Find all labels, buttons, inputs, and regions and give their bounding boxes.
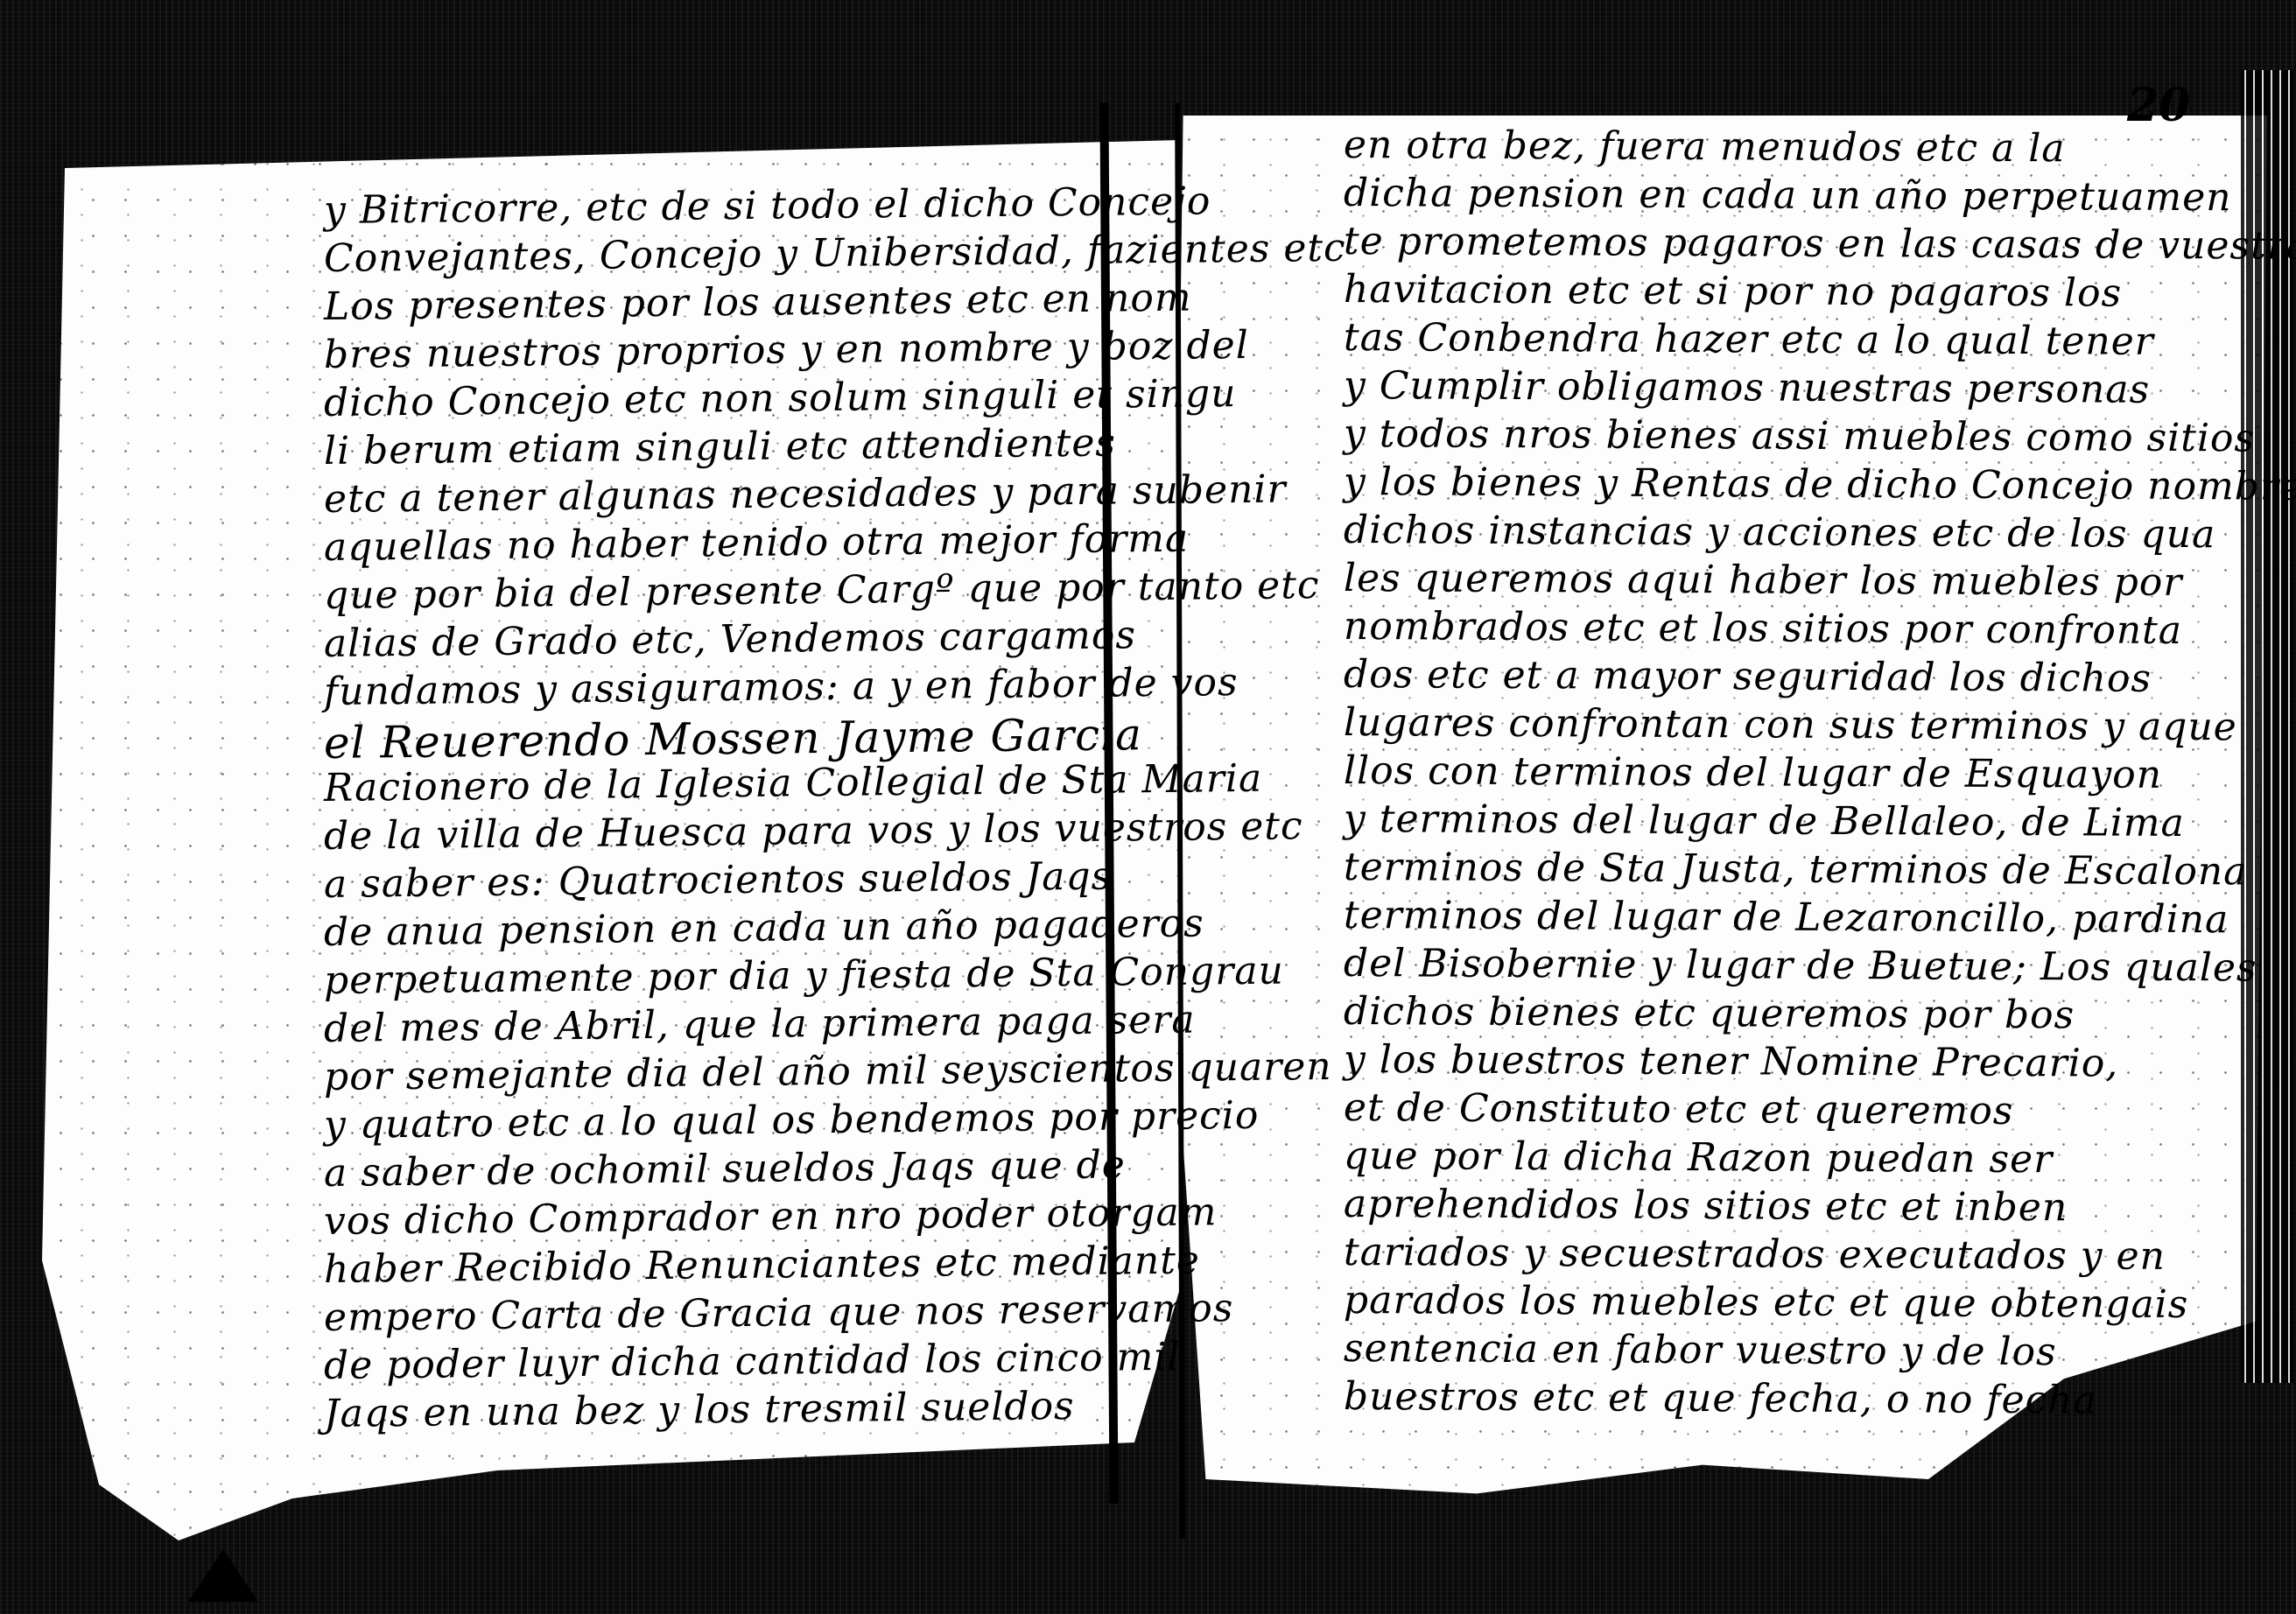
right-line: dichos instancias y acciones etc de los … — [1344, 508, 2216, 557]
left-line: alias de Grado etc, Vendemos cargamos — [324, 613, 1136, 666]
left-line: de poder luyr dicha cantidad los cinco m… — [324, 1335, 1181, 1388]
left-line: a saber de ochomil sueldos Jaqs que de — [324, 1142, 1126, 1196]
right-line: lugares confrontan con sus terminos y aq… — [1344, 700, 2237, 749]
left-line: li berum etiam singuli etc attendientes — [324, 421, 1117, 474]
right-line: en otra bez, fuera menudos etc a la — [1344, 123, 2066, 171]
right-line: terminos de Sta Justa, terminos de Escal… — [1344, 845, 2248, 894]
right-line: dichos bienes etc queremos por bos — [1344, 989, 2075, 1037]
left-line: Los presentes por los ausentes etc en no… — [324, 276, 1192, 329]
right-line: tariados y secuestrados executados y en — [1344, 1230, 2166, 1279]
left-line: del mes de Abril, que la primera paga se… — [324, 998, 1196, 1051]
right-line: que por la dicha Razon puedan ser — [1344, 1133, 2053, 1182]
right-line: parados los muebles etc et que obtengais — [1344, 1278, 2189, 1327]
left-line: Jaqs en una bez y los tresmil sueldos — [324, 1384, 1075, 1436]
right-line: y terminos del lugar de Bellaleo, de Lim… — [1344, 796, 2185, 846]
left-line: de anua pension en cada un año pagaderos — [324, 901, 1204, 955]
corner-clip-mark — [188, 1549, 258, 1602]
left-line: a saber es: Quatrocientos sueldos Jaqs — [324, 854, 1113, 907]
right-line: y Cumplir obligamos nuestras personas — [1344, 363, 2150, 412]
left-line: vos dicho Comprador en nro poder otorgam — [324, 1189, 1218, 1244]
left-line: aquellas no haber tenido otra mejor form… — [324, 516, 1190, 570]
right-line: y los buestros tener Nomine Precario, — [1344, 1037, 2119, 1086]
right-line: terminos del lugar de Lezaroncillo, pard… — [1344, 893, 2229, 942]
right-line: del Bisobernie y lugar de Buetue; Los qu… — [1344, 941, 2257, 990]
right-line: y los bienes y Rentas de dicho Concejo n… — [1344, 460, 2296, 509]
left-line: y Bitricorre, etc de si todo el dicho Co… — [324, 179, 1211, 233]
right-line: et de Constituto etc et queremos — [1344, 1085, 2014, 1133]
right-line: dos etc et a mayor seguridad los dichos — [1344, 652, 2152, 701]
right-line: te prometemos pagaros en las casas de vu… — [1344, 219, 2296, 269]
right-line: y todos nros bienes assi muebles como si… — [1344, 411, 2255, 460]
right-line: buestros etc et que fecha, o no fecha — [1344, 1374, 2097, 1423]
folio-number: 20 — [2127, 79, 2190, 132]
right-line: aprehendidos los sitios etc et inben — [1344, 1182, 2068, 1230]
right-line: dicha pension en cada un año perpetuamen — [1344, 171, 2232, 220]
right-line: les queremos aqui haber los muebles por — [1344, 556, 2183, 605]
right-line: tas Conbendra hazer etc a lo qual tener — [1344, 315, 2154, 364]
right-line: havitacion etc et si por no pagaros los — [1344, 267, 2122, 316]
left-line: dicho Concejo etc non solum singuli et s… — [324, 371, 1237, 425]
right-line: llos con terminos del lugar de Esquayon — [1344, 748, 2162, 797]
left-line: empero Carta de Gracia que nos reservamo… — [324, 1286, 1234, 1340]
left-line: haber Recibido Renunciantes etc mediante — [324, 1239, 1200, 1292]
right-line: nombrados etc et los sitios por confront… — [1344, 604, 2182, 653]
right-line: sentencia en fabor vuestro y de los — [1344, 1326, 2057, 1374]
